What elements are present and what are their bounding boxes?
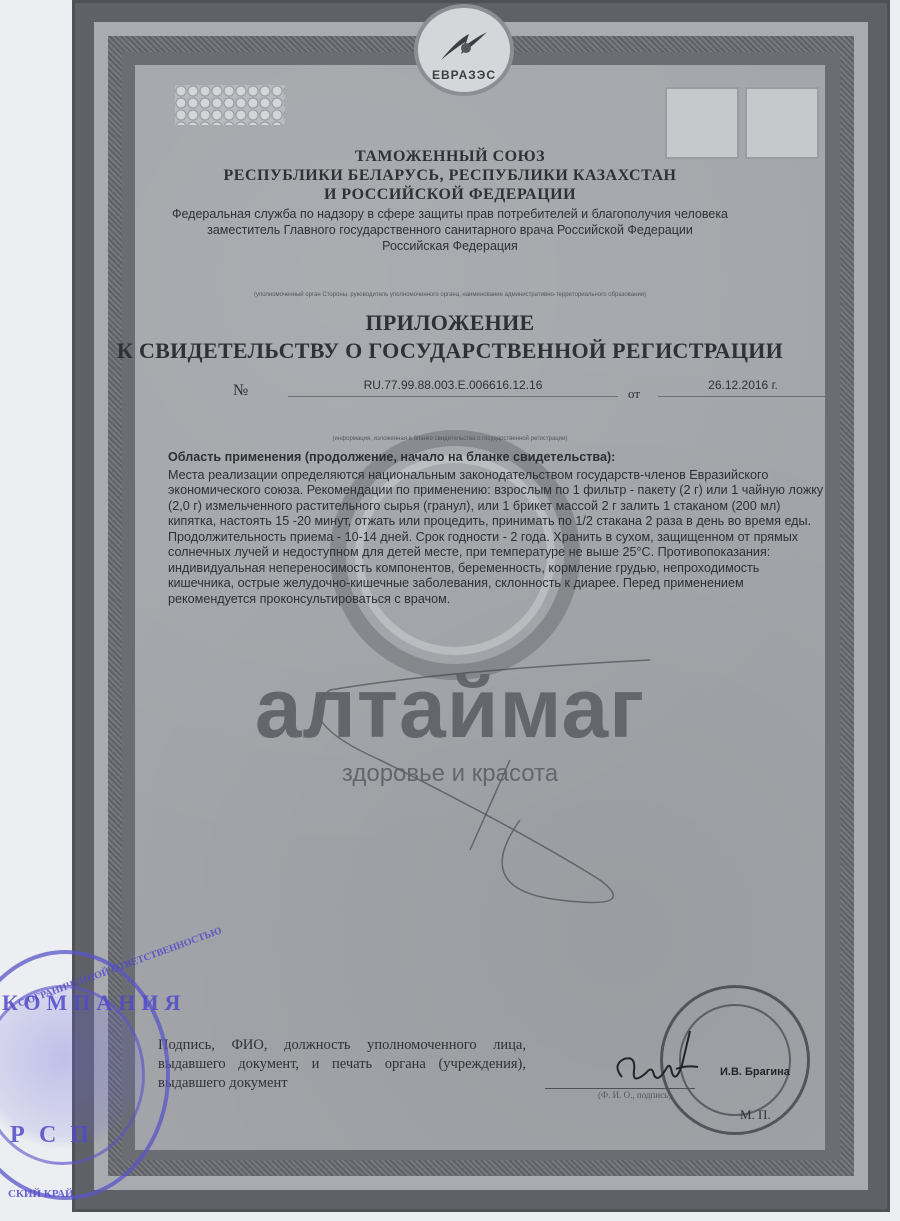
company-stamp-middle-text: КОМПАНИЯ [2,990,186,1016]
company-stamp-lower-text: РСП [10,1122,103,1149]
signature-line [545,1088,695,1089]
handwritten-signature [610,1025,710,1095]
watermark-brand: алтаймаг [0,660,900,757]
signature-caption: (Ф. И. О., подпись) [598,1090,671,1100]
watermark-tagline: здоровье и красота [0,760,900,788]
company-stamp-bottom-text: СКИЙ КРАЙ [8,1188,74,1200]
seal-label: М. П. [740,1107,771,1123]
signer-name: И.В. Брагина [720,1066,790,1078]
signature-text: Подпись, ФИО, должность уполномоченного … [158,1036,526,1093]
